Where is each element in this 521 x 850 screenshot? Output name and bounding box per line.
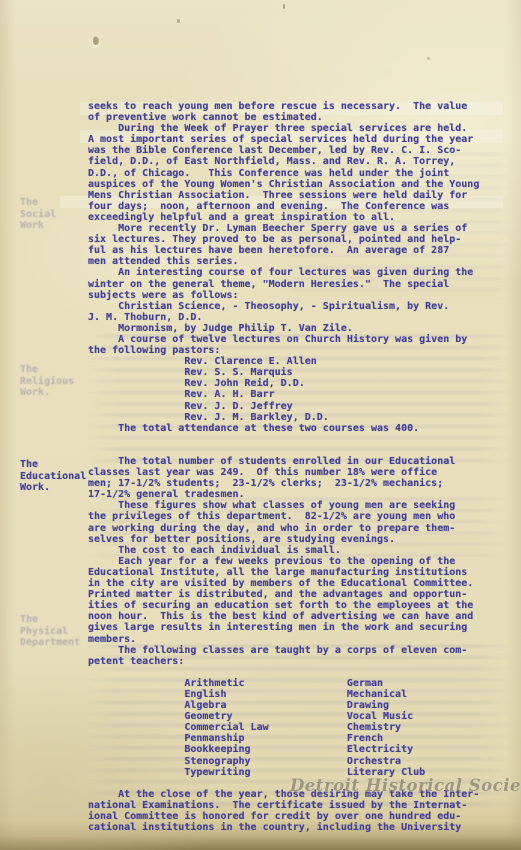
paper-speck — [283, 4, 285, 9]
typed-line: of preventive work cannot be estimated. — [88, 112, 513, 123]
typed-line: subjects were as follows: — [88, 290, 513, 301]
typed-line: Commercial Law Chemistry — [88, 722, 513, 733]
typed-line: Printed matter is distributed, and the a… — [88, 589, 513, 600]
typed-line: 17-1/2% general tradesmen. — [88, 489, 513, 500]
typed-line: gives large results in interesting men i… — [88, 622, 513, 633]
typed-line: Rev. Clarence E. Allen — [88, 356, 513, 367]
typed-line: six lectures. They proved to be as perso… — [88, 234, 513, 245]
typed-line — [88, 445, 513, 456]
typed-line: A course of twelve lectures on Church Hi… — [88, 334, 513, 345]
watermark: Detroit Historical Society — [290, 776, 520, 795]
typed-line: selves for better positions, are studyin… — [88, 534, 513, 545]
typed-line: Rev. S. S. Marquis — [88, 367, 513, 378]
typed-line — [88, 434, 513, 445]
typed-line: men attended this series. — [88, 256, 513, 267]
typed-line: J. M. Thoburn, D.D. — [88, 312, 513, 323]
typed-line: ities of securing an education set forth… — [88, 600, 513, 611]
typed-line: Stenography Orchestra — [88, 756, 513, 767]
margin-note-physical-department: The Physical Department — [20, 614, 80, 649]
typed-line: The cost to each individual is small. — [88, 545, 513, 556]
typed-line: ional Committee is honored for credit by… — [88, 811, 513, 822]
typed-line: The total attendance at these two course… — [88, 423, 513, 434]
typed-line: are working during the day, and who in o… — [88, 523, 513, 534]
margin-note-social-work: The Social Work — [20, 197, 56, 232]
typed-line: Each year for a few weeks previous to th… — [88, 556, 513, 567]
typed-line: These figures show what classes of young… — [88, 500, 513, 511]
typed-line: Rev. J. M. Barkley, D.D. — [88, 412, 513, 423]
typed-line: D.D., of Chicago. This Conference was he… — [88, 168, 513, 179]
typed-line: An interesting course of four lectures w… — [88, 267, 513, 278]
typed-line: seeks to reach young men before rescue i… — [88, 101, 513, 112]
typed-line: the following pastors: — [88, 345, 513, 356]
typed-line: Penmanship French — [88, 733, 513, 744]
staple-mark — [93, 36, 99, 45]
typed-line: More recently Dr. Lyman Beecher Sperry g… — [88, 223, 513, 234]
typed-line: petent teachers: — [88, 656, 513, 667]
typed-line: The following classes are taught by a co… — [88, 645, 513, 656]
typed-line: Bookkeeping Electricity — [88, 744, 513, 755]
typed-line: men; 17-1/2% students; 23-1/2% clerks; 2… — [88, 478, 513, 489]
margin-note-religious-work: The Religious Work. — [20, 364, 74, 399]
typed-line: national Examinations. The certificate i… — [88, 800, 513, 811]
typed-line: A most important series of special servi… — [88, 134, 513, 145]
typed-line: members. — [88, 634, 513, 645]
paper-speck — [427, 57, 430, 60]
typed-line: Rev. A. H. Barr — [88, 389, 513, 400]
typed-line: winter on the general theme, "Modern Her… — [88, 279, 513, 290]
typed-line: cational institutions in the country, in… — [88, 822, 513, 833]
typed-line: Geometry Vocal Music — [88, 711, 513, 722]
typed-line — [88, 667, 513, 678]
typed-line: During the Week of Prayer three special … — [88, 123, 513, 134]
typed-line: Rev. John Reid, D.D. — [88, 378, 513, 389]
typed-line: noon hour. This is the best kind of adve… — [88, 611, 513, 622]
typed-line: auspices of the Young Women's Christian … — [88, 179, 513, 190]
typed-line: The total number of students enrolled in… — [88, 456, 513, 467]
typed-line: Arithmetic German — [88, 678, 513, 689]
typed-line: Mormonism, by Judge Philip T. Van Zile. — [88, 323, 513, 334]
typed-line: Educational Institute, all the large man… — [88, 567, 513, 578]
typed-line: the privileges of this department. 82-1/… — [88, 511, 513, 522]
typed-line: English Mechanical — [88, 689, 513, 700]
typed-line: Algebra Drawing — [88, 700, 513, 711]
typed-line: ful as his lectures have been heretofore… — [88, 245, 513, 256]
typed-line: field, D.D., of East Northfield, Mass. a… — [88, 156, 513, 167]
paper-speck — [177, 19, 180, 23]
typed-line: classes last year was 249. Of this numbe… — [88, 467, 513, 478]
typed-line: Rev. J. D. Jeffrey — [88, 401, 513, 412]
paper-page: The Social Work The Religious Work. The … — [0, 0, 521, 850]
typed-text-block: seeks to reach young men before rescue i… — [88, 101, 513, 833]
typed-line: exceedingly helpful and a great inspirat… — [88, 212, 513, 223]
typed-line: Mens Christian Association. Three sessio… — [88, 190, 513, 201]
typed-line: was the Bible Conference last December, … — [88, 145, 513, 156]
typed-line: four days; noon, afternoon and evening. … — [88, 201, 513, 212]
margin-note-educational-work: The Educational Work. — [20, 459, 86, 494]
typed-line: in the city are visited by members of th… — [88, 578, 513, 589]
typed-line: Christian Science, - Theosophy, - Spirit… — [88, 301, 513, 312]
